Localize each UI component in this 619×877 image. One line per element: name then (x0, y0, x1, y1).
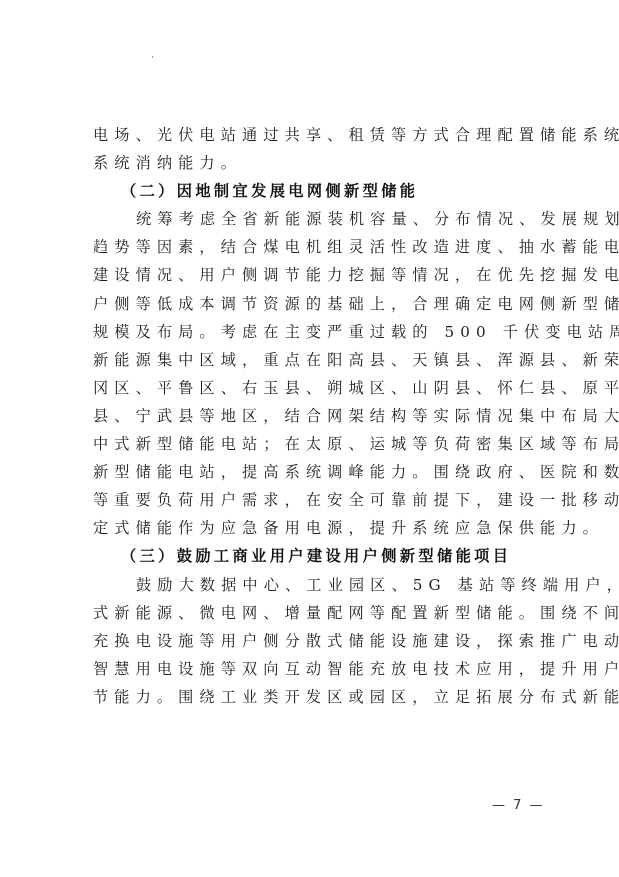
document-body: 电场、光伏电站通过共享、租赁等方式合理配置储能系统，提升 系统消纳能力。 （二）… (93, 121, 549, 711)
paragraph-line: 电场、光伏电站通过共享、租赁等方式合理配置储能系统，提升 (93, 121, 549, 149)
scan-speck (152, 56, 153, 58)
paragraph-line: 中式新型储能电站；在太原、运城等负荷密集区域等布局集中式 (93, 430, 549, 458)
paragraph-line: 建设情况、用户侧调节能力挖掘等情况，在优先挖掘发电侧和用 (93, 261, 549, 289)
paragraph-line: 趋势等因素，结合煤电机组灵活性改造进度、抽水蓄能电站规划 (93, 233, 549, 261)
paragraph-line: 统筹考虑全省新能源装机容量、分布情况、发展规划及消纳 (93, 205, 549, 233)
paragraph-line: 定式储能作为应急备用电源，提升系统应急保供能力。 (93, 514, 549, 542)
section-heading-2: （二）因地制宜发展电网侧新型储能 (93, 177, 549, 205)
paragraph-line: 节能力。围绕工业类开发区或园区，立足拓展分布式新能源发电 (93, 683, 549, 711)
paragraph-line: 县、宁武县等地区，结合网架结构等实际情况集中布局大容量集 (93, 402, 549, 430)
paragraph-line: 新能源集中区域，重点在阳高县、天镇县、浑源县、新荣区、云 (93, 346, 549, 374)
paragraph-line: 新型储能电站，提高系统调峰能力。围绕政府、医院和数据中心 (93, 458, 549, 486)
paragraph-line: 等重要负荷用户需求，在安全可靠前提下，建设一批移动式或固 (93, 486, 549, 514)
paragraph-line: 系统消纳能力。 (93, 149, 549, 177)
paragraph-line: 户侧等低成本调节资源的基础上，合理确定电网侧新型储能项目 (93, 290, 549, 318)
paragraph-line: 规模及布局。考虑在主变严重过载的 500 千伏变电站周边区域和 (93, 318, 549, 346)
document-page: 电场、光伏电站通过共享、租赁等方式合理配置储能系统，提升 系统消纳能力。 （二）… (0, 0, 619, 877)
paragraph-line: 充换电设施等用户侧分散式储能设施建设，探索推广电动汽车、 (93, 627, 549, 655)
section-heading-3: （三）鼓励工商业用户建设用户侧新型储能项目 (93, 542, 549, 570)
paragraph-line: 智慧用电设施等双向互动智能充放电技术应用，提升用户灵活调 (93, 655, 549, 683)
paragraph-line: 式新能源、微电网、增量配网等配置新型储能。围绕不间断电源、 (93, 599, 549, 627)
paragraph-line: 冈区、平鲁区、右玉县、朔城区、山阴县、怀仁县、原平县、代 (93, 374, 549, 402)
page-number: — 7 — (492, 798, 545, 813)
paragraph-line: 鼓励大数据中心、工业园区、5G 基站等终端用户，依托分布 (93, 571, 549, 599)
